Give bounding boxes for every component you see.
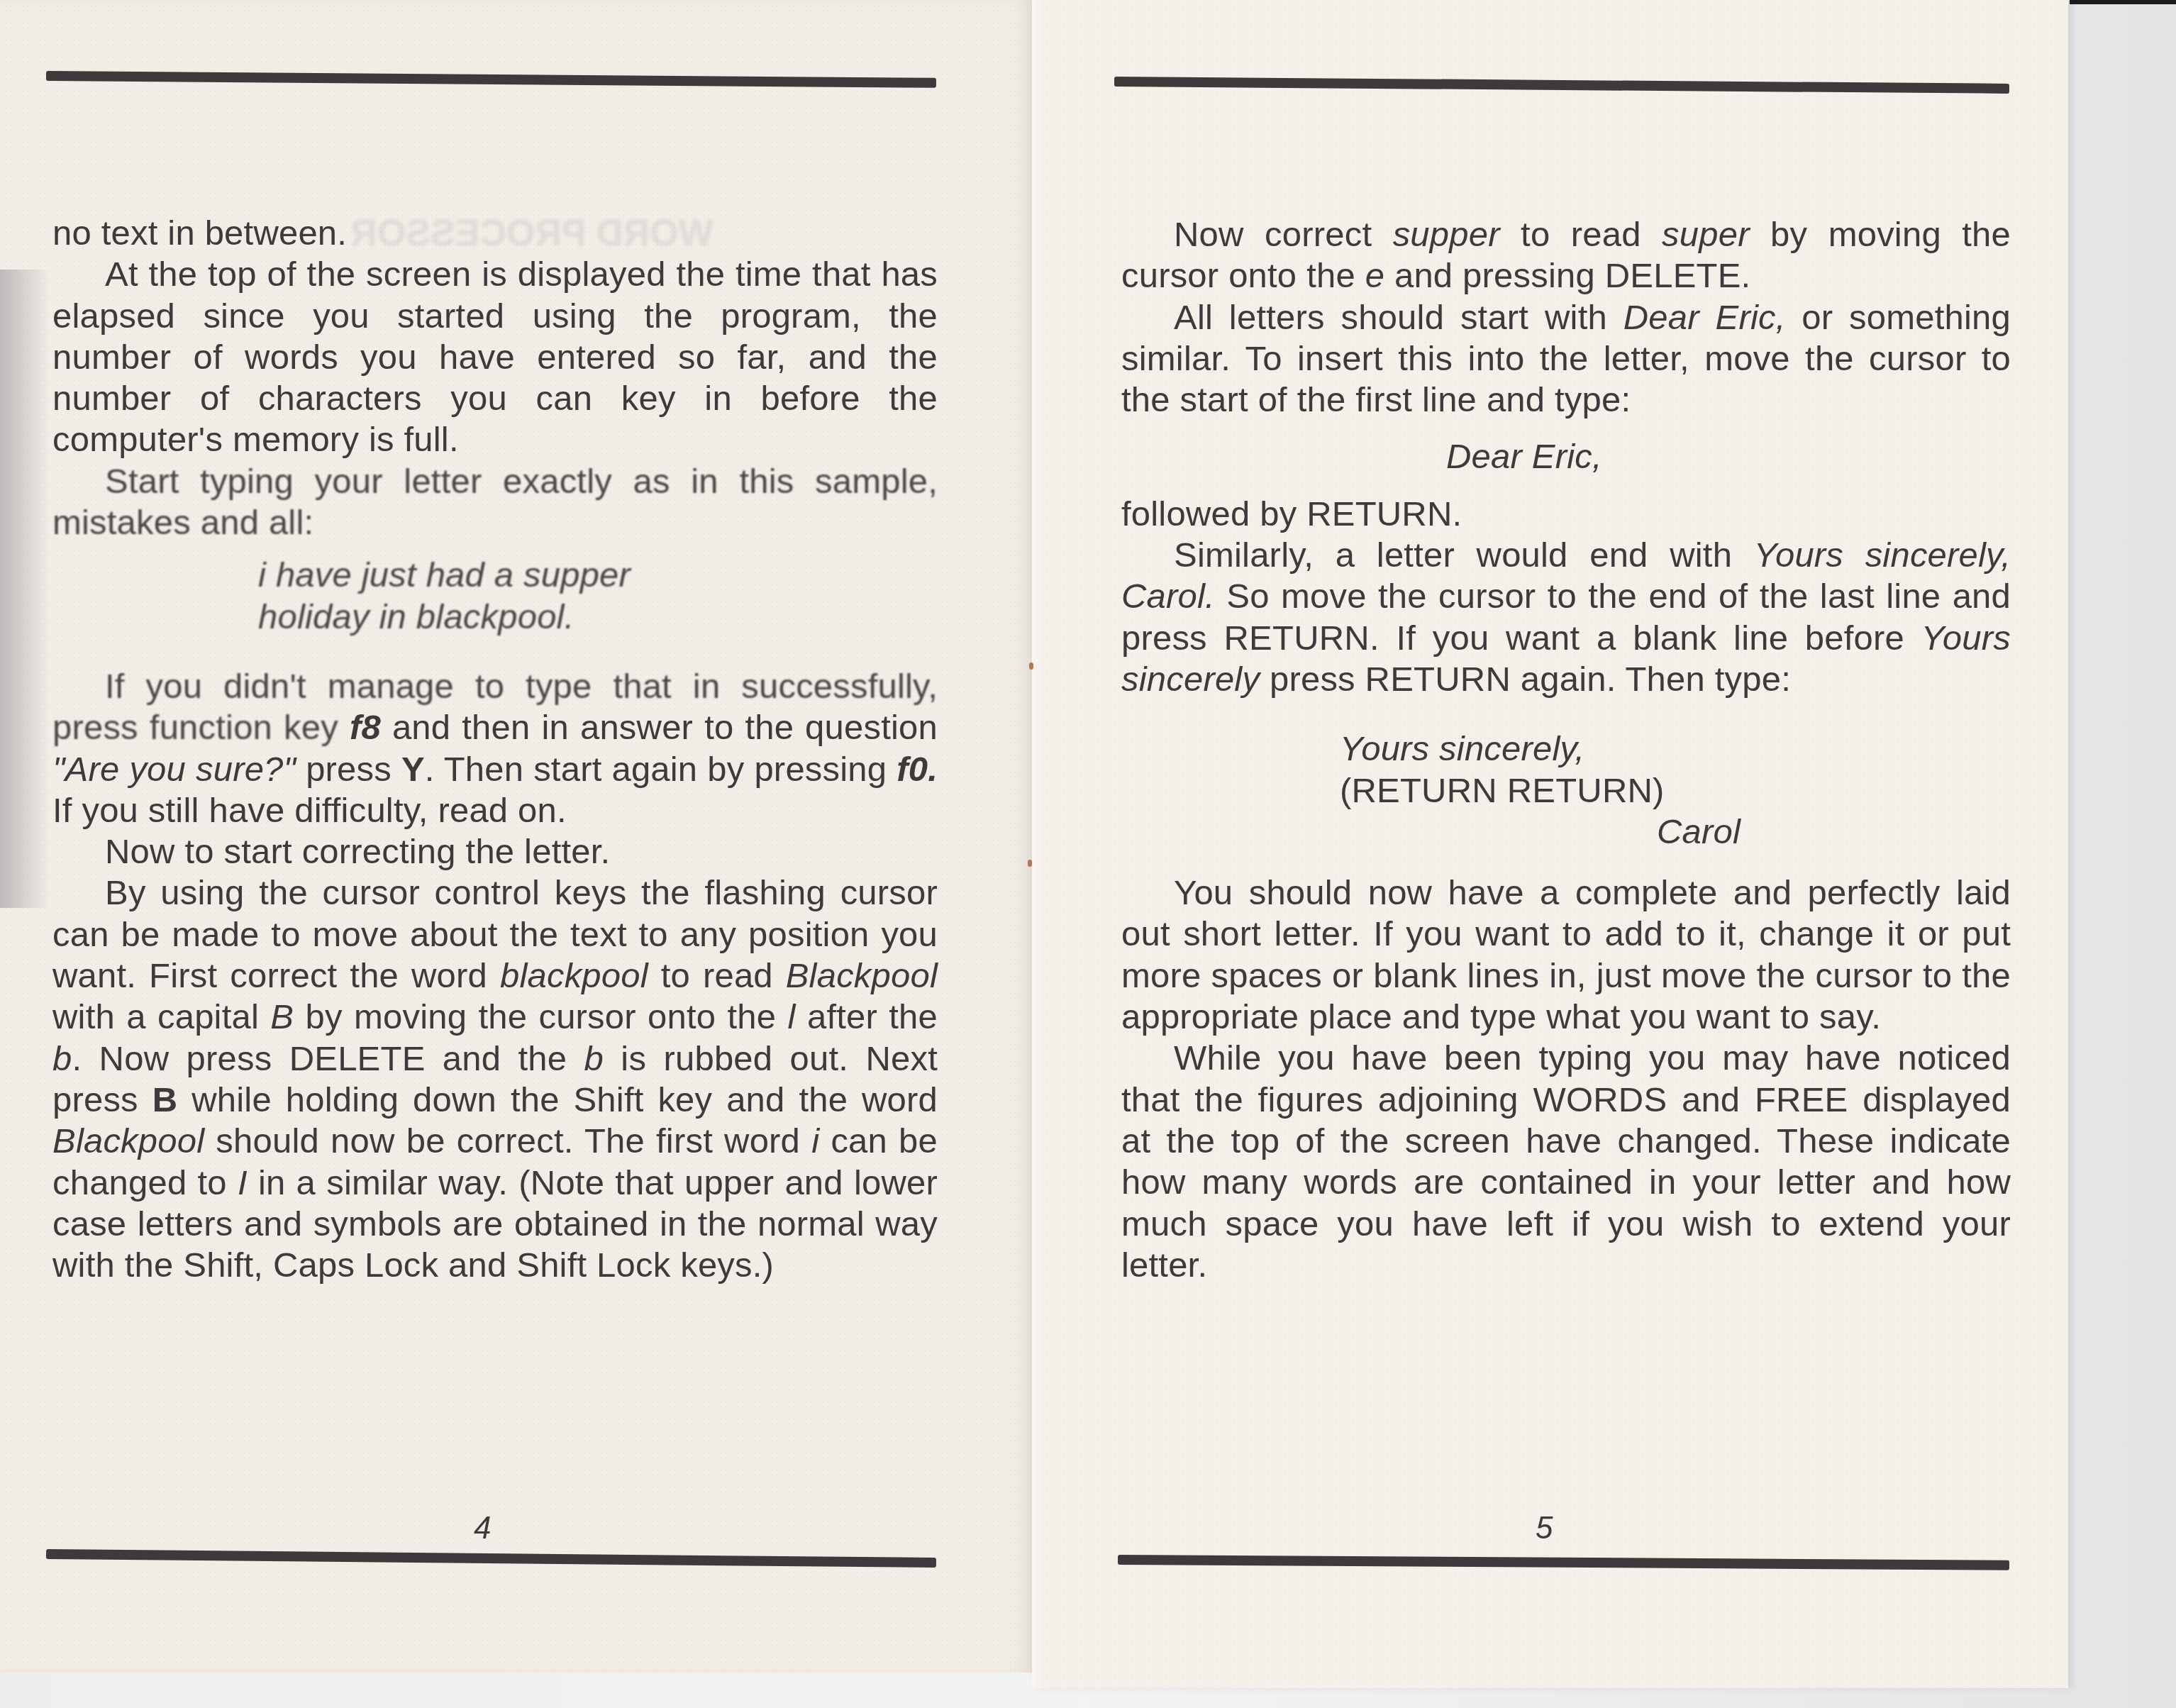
paragraph: no text in between. (52, 213, 938, 254)
paragraph: By using the cursor control keys the fla… (52, 872, 938, 1286)
left-page-body: no text in between. At the top of the sc… (52, 213, 938, 1286)
salutation-example: Dear Eric, (1121, 436, 2011, 477)
paragraph: At the top of the screen is displayed th… (52, 254, 938, 460)
paragraph: While you have been typing you may have … (1121, 1038, 2011, 1286)
closing-example-line: (RETURN RETURN) (1121, 770, 2011, 811)
right-page: Now correct supper to read super by movi… (1032, 0, 2068, 1688)
sample-text-line: holiday in blackpool. (52, 597, 938, 638)
paragraph: You should now have a complete and perfe… (1121, 872, 2011, 1038)
top-rule (46, 71, 936, 88)
sample-text-line: i have just had a supper (52, 555, 938, 596)
right-page-body: Now correct supper to read super by movi… (1121, 214, 2011, 1286)
page-number: 4 (474, 1511, 491, 1546)
staple-mark (1028, 860, 1032, 867)
paragraph: Now to start correcting the letter. (52, 831, 938, 872)
paragraph: Start typing your letter exactly as in t… (52, 461, 938, 544)
paragraph: All letters should start with Dear Eric,… (1121, 297, 2011, 421)
bottom-rule (1118, 1555, 2009, 1570)
closing-example-line: Yours sincerely, (1121, 728, 2011, 770)
paragraph: If you didn't manage to type that in suc… (52, 666, 938, 831)
top-rule (1114, 77, 2009, 94)
paragraph: Similarly, a letter would end with Yours… (1121, 535, 2011, 700)
paragraph: followed by RETURN. (1121, 494, 2011, 535)
left-page: WORD PROCESSOR no text in between. At th… (0, 0, 1032, 1673)
bottom-rule (46, 1549, 936, 1568)
paragraph: Now correct supper to read super by movi… (1121, 214, 2011, 297)
staple-mark (1029, 662, 1033, 670)
page-number: 5 (1536, 1511, 1553, 1546)
closing-example-line: Carol (1121, 811, 2011, 853)
scanner-edge-strip (2070, 0, 2176, 4)
